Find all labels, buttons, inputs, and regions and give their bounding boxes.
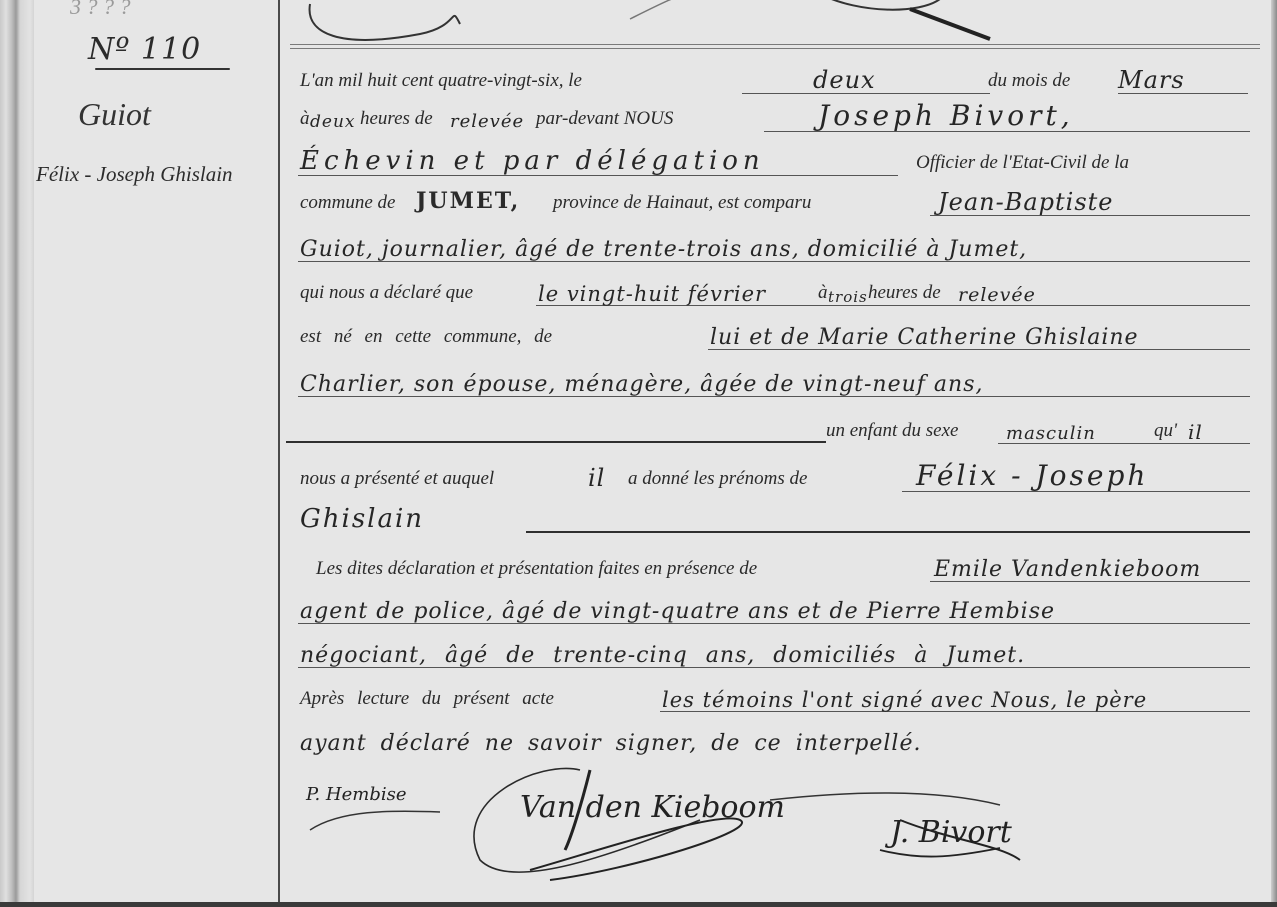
printed-text: à — [818, 282, 828, 304]
printed-text: un enfant du sexe — [826, 420, 958, 442]
act-number: Nº 110 — [88, 32, 201, 67]
handwritten-officer-role: Échevin et par délégation — [300, 146, 765, 176]
margin-surname: Guiot — [78, 96, 151, 133]
handwritten-declarant-first-name: Jean-Baptiste — [938, 188, 1114, 216]
record-line-15: Après lecture du présent acte les témoin… — [298, 678, 1250, 718]
handwritten-sex: masculin — [1006, 423, 1096, 444]
page-right-edge — [1271, 0, 1277, 907]
record-line-8: Charlier, son épouse, ménagère, âgée de … — [298, 363, 1250, 403]
act-number-underline — [95, 68, 230, 70]
dash-rule — [286, 441, 826, 443]
record-line-7: est né en cette commune, de lui et de Ma… — [298, 316, 1250, 356]
handwritten-first-names: Félix - Joseph — [916, 459, 1148, 492]
handwritten-day: deux — [813, 66, 876, 94]
printed-text: L'an mil huit cent quatre-vingt-six, le — [300, 70, 582, 92]
end-rule — [526, 531, 1250, 533]
handwritten-declarant-details: Guiot, journalier, âgé de trente-trois a… — [300, 237, 1027, 262]
printed-text: qu' — [1154, 420, 1177, 442]
printed-text: nous a présenté et auquel — [300, 468, 494, 490]
handwritten-month: Mars — [1118, 66, 1185, 94]
printed-text: commune de — [300, 192, 396, 214]
record-line-6: qui nous a déclaré que le vingt-huit fév… — [298, 272, 1250, 312]
record-line-10: nous a présenté et auquel il a donné les… — [298, 458, 1250, 498]
handwritten-first-names-continued: Ghislain — [300, 504, 424, 534]
handwritten-mother-details: Charlier, son épouse, ménagère, âgée de … — [300, 372, 984, 397]
register-page: 3 ? ? ? Nº 110 Guiot Félix - Joseph Ghis… — [0, 0, 1277, 907]
record-line-13: agent de police, âgé de vingt-quatre ans… — [298, 590, 1250, 630]
handwritten-witness-1: Emile Vandenkieboom — [934, 557, 1201, 582]
record-line-2: à deux heures de relevée par-devant NOUS… — [298, 98, 1250, 138]
page-bottom-edge — [0, 902, 1277, 907]
handwritten-parents: lui et de Marie Catherine Ghislaine — [710, 325, 1139, 350]
printed-text: Après lecture du présent acte — [300, 688, 554, 710]
printed-text: heures de — [868, 282, 941, 304]
page-binding-edge — [0, 0, 34, 907]
record-line-14: négociant, âgé de trente-cinq ans, domic… — [298, 634, 1250, 674]
record-line-11: Ghislain — [298, 500, 1250, 540]
printed-text: du mois de — [988, 70, 1070, 92]
printed-text: province de Hainaut, est comparu — [553, 192, 811, 214]
printed-text: a donné les prénoms de — [628, 468, 807, 490]
margin-given-names: Félix - Joseph Ghislain — [36, 162, 233, 187]
faint-margin-number: 3 ? ? ? — [70, 0, 131, 20]
record-separator-rule — [290, 44, 1260, 49]
handwritten-pronoun: il — [588, 464, 605, 492]
record-line-5: Guiot, journalier, âgé de trente-trois a… — [298, 228, 1250, 268]
handwritten-hour: deux — [310, 112, 355, 132]
printed-text: heures de — [360, 108, 433, 130]
printed-text: qui nous a déclaré que — [300, 282, 473, 304]
printed-text: est né en cette commune, de — [300, 326, 552, 348]
printed-text: Les dites déclaration et présentation fa… — [316, 558, 757, 580]
commune-name: JUMET, — [416, 188, 520, 214]
printed-text: Officier de l'Etat-Civil de la — [916, 152, 1129, 174]
record-line-1: L'an mil huit cent quatre-vingt-six, le … — [298, 60, 1250, 100]
printed-text: à — [300, 108, 310, 130]
handwritten-officer-name: Joseph Bivort, — [818, 99, 1074, 132]
handwritten-birth-hour: trois — [828, 288, 868, 306]
record-line-4: commune de JUMET, province de Hainaut, e… — [298, 182, 1250, 222]
printed-text: par-devant NOUS — [536, 108, 673, 130]
handwritten-birth-time-of-day: relevée — [958, 284, 1036, 306]
record-line-12: Les dites déclaration et présentation fa… — [298, 548, 1250, 588]
record-line-3: Échevin et par délégation Officier de l'… — [298, 142, 1250, 182]
record-line-9: un enfant du sexe masculin qu' il — [298, 410, 1250, 450]
handwritten-birth-date: le vingt-huit février — [538, 282, 766, 306]
signature-flourishes — [300, 750, 1120, 900]
handwritten-witness-details: négociant, âgé de trente-cinq ans, domic… — [300, 643, 1025, 668]
handwritten-witness-details: agent de police, âgé de vingt-quatre ans… — [300, 599, 1055, 624]
handwritten-pronoun: il — [1188, 420, 1203, 444]
handwritten-time-of-day: relevée — [450, 111, 524, 132]
margin-rule — [278, 0, 280, 907]
handwritten-signing-statement: les témoins l'ont signé avec Nous, le pè… — [662, 688, 1147, 712]
